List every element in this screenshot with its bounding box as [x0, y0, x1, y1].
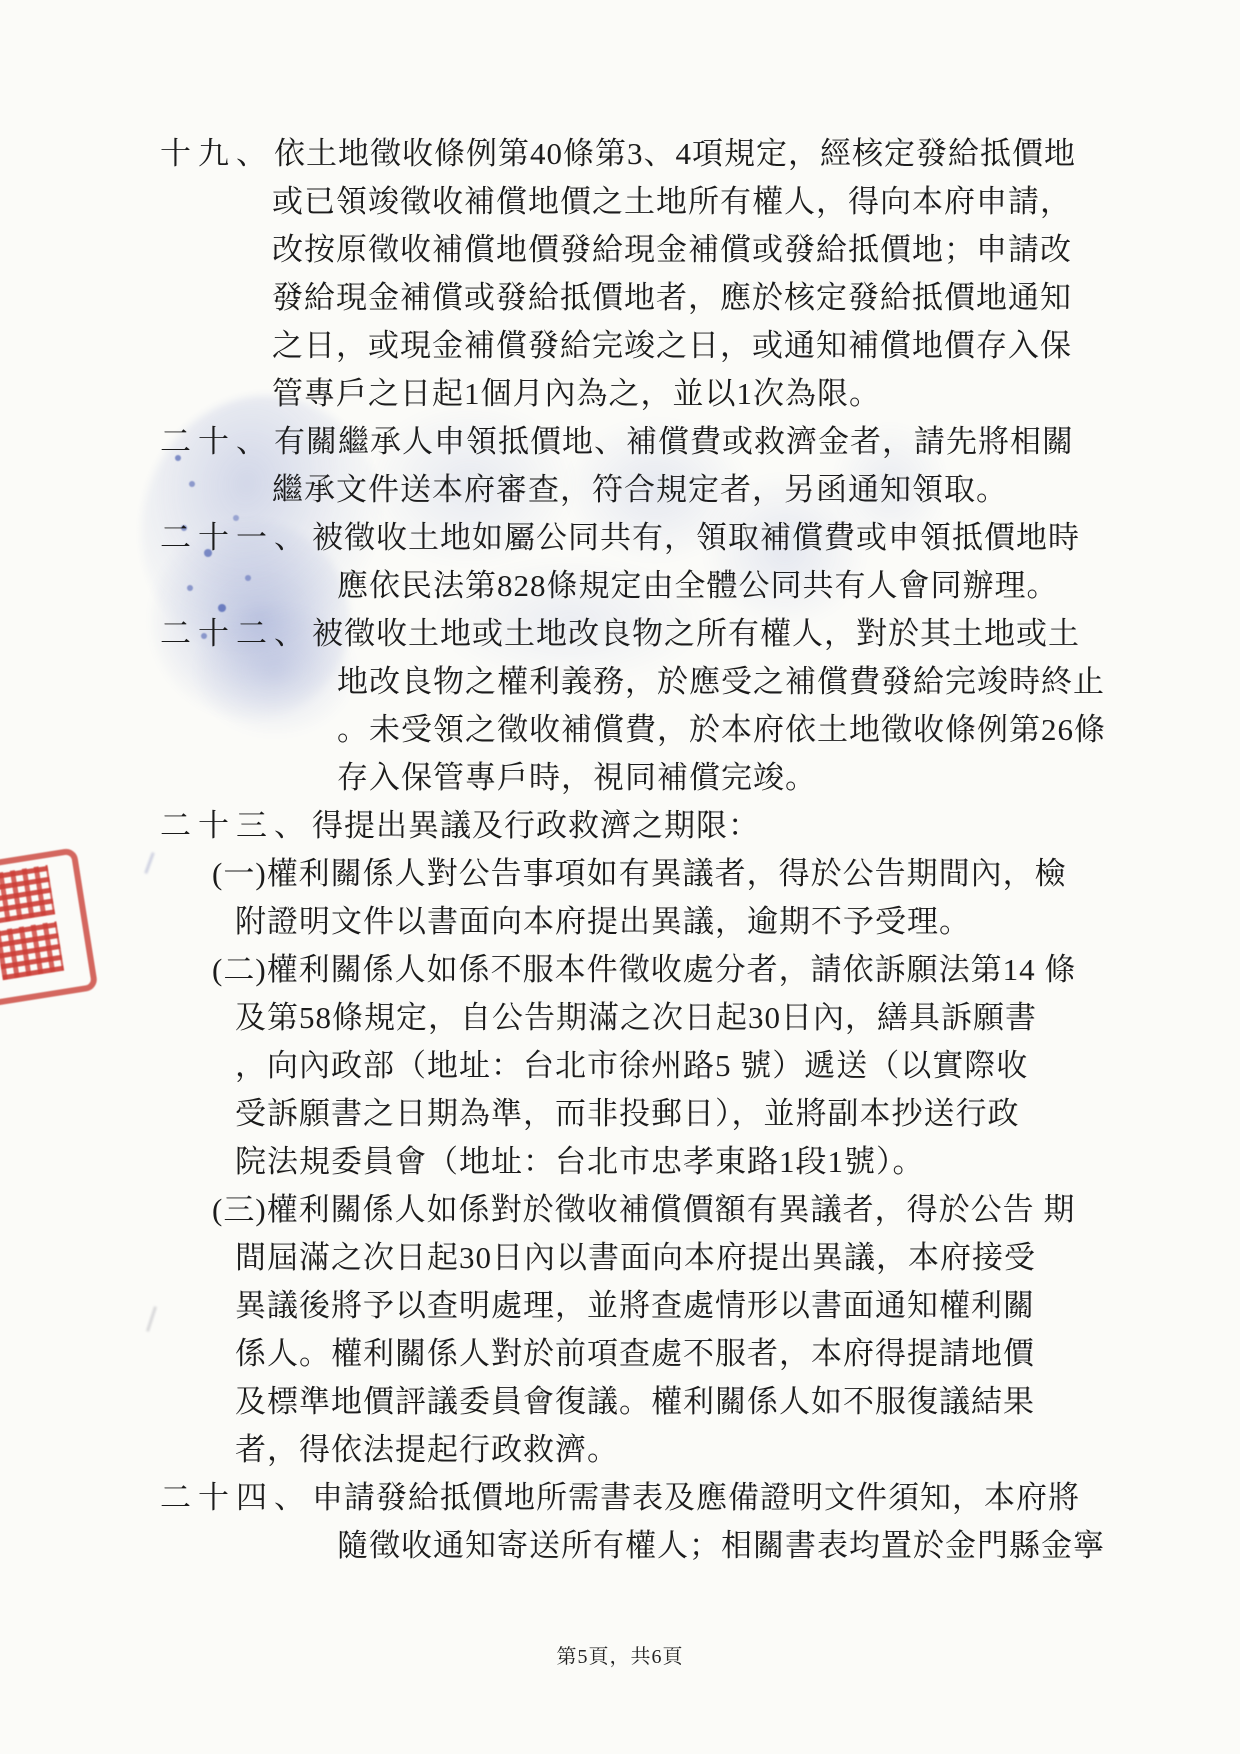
- scanned-document-page: 十九、依土地徵收條例第40條第3、4項規定，經核定發給抵價地 或已領竣徵收補償地…: [0, 0, 1240, 1754]
- document-line: 及第58條規定，自公告期滿之次日起30日內，繕具訴願書: [160, 994, 1100, 1042]
- line-text: ，向內政部（地址：台北市徐州路5 號）遞送（以實際收: [235, 1048, 1028, 1083]
- document-line: 十九、依土地徵收條例第40條第3、4項規定，經核定發給抵價地: [160, 130, 1100, 178]
- document-line: 存入保管專戶時，視同補償完竣。: [160, 754, 1100, 802]
- document-line: 改按原徵收補償地價發給現金補償或發給抵價地；申請改: [160, 226, 1100, 274]
- document-line: 繼承文件送本府審查，符合規定者，另函通知領取。: [160, 466, 1100, 514]
- line-text: 及標準地價評議委員會復議。權利關係人如不服復議結果: [235, 1384, 1035, 1419]
- line-text: 之日，或現金補償發給完竣之日，或通知補償地價存入保: [272, 328, 1072, 363]
- item-number-label: 二十一、: [160, 520, 312, 555]
- document-line: 間屆滿之次日起30日內以書面向本府提出異議，本府接受: [160, 1234, 1100, 1282]
- line-text: 得提出異議及行政救濟之期限：: [312, 808, 760, 843]
- line-text: 管專戶之日起1個月內為之，並以1次為限。: [272, 376, 881, 411]
- line-text: 受訴願書之日期為準，而非投郵日），並將副本抄送行政: [235, 1096, 1020, 1131]
- item-number-label: 十九、: [160, 136, 274, 171]
- document-line: 。未受領之徵收補償費，於本府依土地徵收條例第26條: [160, 706, 1100, 754]
- document-line: ，向內政部（地址：台北市徐州路5 號）遞送（以實際收: [160, 1042, 1100, 1090]
- document-line: 二十、有關繼承人申領抵價地、補償費或救濟金者，請先將相關: [160, 418, 1100, 466]
- line-text: 被徵收土地或土地改良物之所有權人，對於其土地或土: [312, 616, 1080, 651]
- line-text: 有關繼承人申領抵價地、補償費或救濟金者，請先將相關: [274, 424, 1074, 459]
- document-line: 發給現金補償或發給抵價地者，應於核定發給抵價地通知: [160, 274, 1100, 322]
- scan-artifact: [144, 852, 154, 874]
- item-number-label: 二十三、: [160, 808, 312, 843]
- line-text: 應依民法第828條規定由全體公同共有人會同辦理。: [337, 568, 1059, 603]
- line-text: 附證明文件以書面向本府提出異議，逾期不予受理。: [235, 904, 971, 939]
- line-text: 被徵收土地如屬公同共有，領取補償費或申領抵價地時: [312, 520, 1080, 555]
- page-number-footer: 第5頁，共6頁: [0, 1640, 1240, 1669]
- line-text: 者，得依法提起行政救濟。: [235, 1432, 619, 1467]
- document-line: (一)權利關係人對公告事項如有異議者，得於公告期間內，檢: [160, 850, 1100, 898]
- line-text: 係人。權利關係人對於前項查處不服者，本府得提請地價: [235, 1336, 1035, 1371]
- document-line: 受訴願書之日期為準，而非投郵日），並將副本抄送行政: [160, 1090, 1100, 1138]
- document-line: 及標準地價評議委員會復議。權利關係人如不服復議結果: [160, 1378, 1100, 1426]
- document-line: 院法規委員會（地址：台北市忠孝東路1段1號）。: [160, 1138, 1100, 1186]
- document-body: 十九、依土地徵收條例第40條第3、4項規定，經核定發給抵價地 或已領竣徵收補償地…: [160, 130, 1100, 1570]
- item-number-label: 二十二、: [160, 616, 312, 651]
- line-text: 改按原徵收補償地價發給現金補償或發給抵價地；申請改: [272, 232, 1072, 267]
- line-text: 繼承文件送本府審查，符合規定者，另函通知領取。: [272, 472, 1008, 507]
- line-text: 。未受領之徵收補償費，於本府依土地徵收條例第26條: [337, 712, 1106, 747]
- document-line: 者，得依法提起行政救濟。: [160, 1426, 1100, 1474]
- document-line: (三)權利關係人如係對於徵收補償價額有異議者，得於公告 期: [160, 1186, 1100, 1234]
- line-text: 存入保管專戶時，視同補償完竣。: [337, 760, 817, 795]
- document-line: 管專戶之日起1個月內為之，並以1次為限。: [160, 370, 1100, 418]
- document-line: 二十二、被徵收土地或土地改良物之所有權人，對於其土地或土: [160, 610, 1100, 658]
- document-line: 之日，或現金補償發給完竣之日，或通知補償地價存入保: [160, 322, 1100, 370]
- line-text: 及第58條規定，自公告期滿之次日起30日內，繕具訴願書: [235, 1000, 1037, 1035]
- document-line: 異議後將予以查明處理，並將查處情形以書面通知權利關: [160, 1282, 1100, 1330]
- document-line: 二十三、得提出異議及行政救濟之期限：: [160, 802, 1100, 850]
- document-line: 二十四、申請發給抵價地所需書表及應備證明文件須知，本府將: [160, 1474, 1100, 1522]
- seal-glyph: [0, 921, 64, 980]
- document-line: 附證明文件以書面向本府提出異議，逾期不予受理。: [160, 898, 1100, 946]
- item-number-label: 二十四、: [160, 1480, 312, 1515]
- seal-glyph: [0, 865, 55, 924]
- line-text: 異議後將予以查明處理，並將查處情形以書面通知權利關: [235, 1288, 1035, 1323]
- document-line: 係人。權利關係人對於前項查處不服者，本府得提請地價: [160, 1330, 1100, 1378]
- line-text: 申請發給抵價地所需書表及應備證明文件須知，本府將: [312, 1480, 1080, 1515]
- line-text: (一)權利關係人對公告事項如有異議者，得於公告期間內，檢: [212, 856, 1067, 891]
- scan-artifact: [146, 1306, 157, 1332]
- line-text: 或已領竣徵收補償地價之土地所有權人，得向本府申請，: [272, 184, 1072, 219]
- document-line: 或已領竣徵收補償地價之土地所有權人，得向本府申請，: [160, 178, 1100, 226]
- line-text: 發給現金補償或發給抵價地者，應於核定發給抵價地通知: [272, 280, 1072, 315]
- document-line: 隨徵收通知寄送所有權人；相關書表均置於金門縣金寧: [160, 1522, 1100, 1570]
- document-line: (二)權利關係人如係不服本件徵收處分者，請依訴願法第14 條: [160, 946, 1100, 994]
- document-line: 地改良物之權利義務，於應受之補償費發給完竣時終止: [160, 658, 1100, 706]
- line-text: (三)權利關係人如係對於徵收補償價額有異議者，得於公告 期: [212, 1192, 1075, 1227]
- red-seal-stamp-icon: [0, 847, 98, 1009]
- item-number-label: 二十、: [160, 424, 274, 459]
- line-text: 院法規委員會（地址：台北市忠孝東路1段1號）。: [235, 1144, 925, 1179]
- line-text: 間屆滿之次日起30日內以書面向本府提出異議，本府接受: [235, 1240, 1036, 1275]
- line-text: 地改良物之權利義務，於應受之補償費發給完竣時終止: [337, 664, 1105, 699]
- document-line: 應依民法第828條規定由全體公同共有人會同辦理。: [160, 562, 1100, 610]
- line-text: 隨徵收通知寄送所有權人；相關書表均置於金門縣金寧: [337, 1528, 1105, 1563]
- document-line: 二十一、被徵收土地如屬公同共有，領取補償費或申領抵價地時: [160, 514, 1100, 562]
- line-text: 依土地徵收條例第40條第3、4項規定，經核定發給抵價地: [274, 136, 1076, 171]
- line-text: (二)權利關係人如係不服本件徵收處分者，請依訴願法第14 條: [212, 952, 1076, 987]
